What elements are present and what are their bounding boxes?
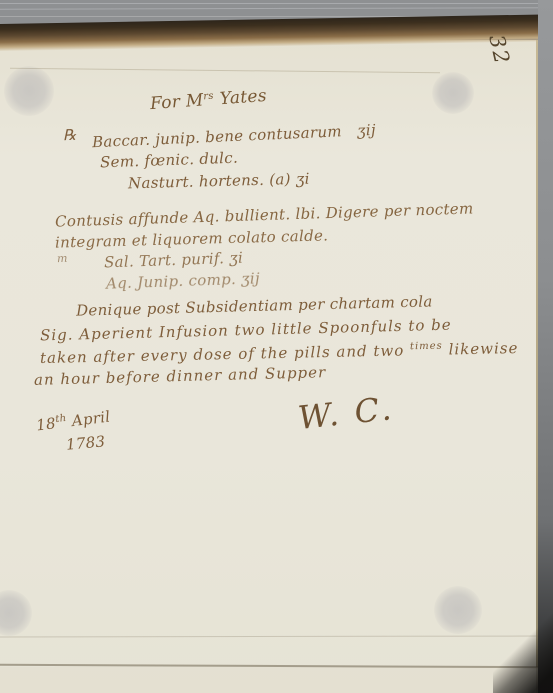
adhesive-smudge <box>434 586 482 634</box>
heading-post: Yates <box>213 86 267 110</box>
adhesive-smudge <box>432 72 474 114</box>
rx-symbol: ℞ <box>63 126 77 144</box>
date-year: 1783 <box>65 432 106 453</box>
english-line-post: likewise <box>443 339 519 359</box>
background-edge-line <box>0 3 553 4</box>
adhesive-smudge <box>4 66 54 116</box>
corner-shadow <box>493 613 553 693</box>
page-fold-region <box>0 667 539 693</box>
inserted-word: times <box>410 341 443 353</box>
date-day: 18 <box>35 414 57 434</box>
scan-background-strip <box>538 0 553 693</box>
heading-pre: For M <box>149 90 204 114</box>
margin-mark: m <box>57 252 68 265</box>
scanned-manuscript-page: 32 For Mrs Yates ℞ Baccar. junip. bene c… <box>0 0 553 693</box>
background-edge-line <box>0 7 553 9</box>
